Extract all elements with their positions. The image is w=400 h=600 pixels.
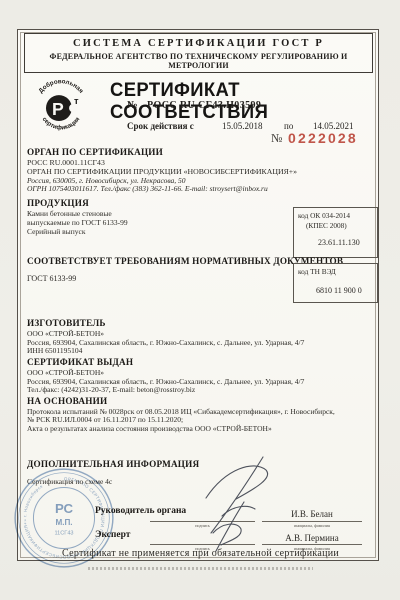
product-line-3: Серийный выпуск	[27, 227, 85, 236]
rst-voluntary-certification-logo: Добровольная сертификация Р т	[33, 77, 89, 135]
certificate-header-box: СИСТЕМА СЕРТИФИКАЦИИ ГОСТ Р ФЕДЕРАЛЬНОЕ …	[24, 33, 373, 73]
org-contacts: ОГРН 1075403011617. Тел./факс (383) 362-…	[27, 184, 268, 193]
tnved-label: код ТН ВЭД	[298, 267, 377, 276]
product-code-value: 23.61.11.130	[318, 238, 377, 247]
head-signature-line	[150, 521, 255, 522]
cert-no-sign: №	[127, 100, 138, 111]
basis-line-3: Акта о результатах анализа состояния про…	[27, 424, 272, 433]
manufacturer-section-heading: ИЗГОТОВИТЕЛЬ	[27, 318, 106, 328]
head-name-line	[262, 521, 362, 522]
valid-from-date: 15.05.2018	[222, 121, 263, 131]
issued-to-section-heading: СЕРТИФИКАТ ВЫДАН	[27, 357, 133, 367]
certification-body-round-stamp: ОРГАН ПО СЕРТИФИКАЦИИ ПРОДУКЦИИ «НОВОСИБ…	[8, 462, 120, 574]
certification-system-title: СИСТЕМА СЕРТИФИКАЦИИ ГОСТ Р	[25, 38, 372, 49]
stamp-mp-text: М.П.	[55, 518, 72, 527]
federal-agency-title: ФЕДЕРАЛЬНОЕ АГЕНТСТВО ПО ТЕХНИЧЕСКОМУ РЕ…	[25, 52, 372, 70]
blank-number: 0222028	[288, 130, 358, 146]
product-line-1: Камни бетонные стеновые	[27, 209, 112, 218]
stamp-org-code: 11СГ43	[54, 530, 73, 536]
blank-no-sign: №	[271, 131, 282, 146]
manufacturer-inn: ИНН 6501195104	[27, 346, 82, 355]
compliance-standard: ГОСТ 6133-99	[27, 274, 76, 283]
basis-section-heading: НА ОСНОВАНИИ	[27, 396, 107, 406]
product-code-label-2: (КПЕС 2008)	[306, 221, 377, 230]
stamp-rst-monogram: РС	[55, 501, 73, 516]
org-name: ОРГАН ПО СЕРТИФИКАЦИИ ПРОДУКЦИИ «НОВОСИБ…	[27, 167, 297, 176]
product-section-heading: ПРОДУКЦИЯ	[27, 198, 89, 208]
validity-label: Срок действия с	[127, 121, 194, 131]
product-code-label: код ОК 034-2014	[298, 211, 377, 220]
product-code-box: код ОК 034-2014 (КПЕС 2008) 23.61.11.130	[293, 207, 378, 258]
logo-arc-top-text: Добровольная	[37, 78, 84, 95]
logo-letter-t: т	[74, 96, 79, 106]
tnved-value: 6810 11 900 0	[316, 286, 377, 295]
cert-number: РОСС RU.СГ43.Н03599	[147, 100, 261, 111]
head-name: И.В. Белан	[262, 509, 362, 519]
tnved-code-box: код ТН ВЭД 6810 11 900 0	[293, 263, 378, 303]
scanned-certificate-page: СИСТЕМА СЕРТИФИКАЦИИ ГОСТ Р ФЕДЕРАЛЬНОЕ …	[0, 0, 400, 600]
head-signature-caption: подпись	[150, 523, 255, 528]
org-reg-number: РОСС RU.0001.11СГ43	[27, 158, 105, 167]
manufacturer-name: ООО «СТРОЙ-БЕТОН»	[27, 329, 104, 338]
logo-letter-p: Р	[52, 99, 64, 119]
product-line-2: выпускаемые по ГОСТ 6133-99	[27, 218, 128, 227]
head-name-caption: инициалы, фамилия	[262, 523, 362, 528]
basis-line-2: № РСК RU.ИЛ.0004 от 16.11.2017 по 15.11.…	[27, 415, 183, 424]
org-section-heading: ОРГАН ПО СЕРТИФИКАЦИИ	[27, 147, 163, 157]
expert-name: А.В. Пермина	[262, 533, 362, 543]
issued-to-contacts: Тел./факс: (4242)31-20-37, E-mail: beton…	[27, 385, 195, 394]
issued-to-name: ООО «СТРОЙ-БЕТОН»	[27, 368, 104, 377]
print-shop-fine-print	[88, 567, 313, 570]
